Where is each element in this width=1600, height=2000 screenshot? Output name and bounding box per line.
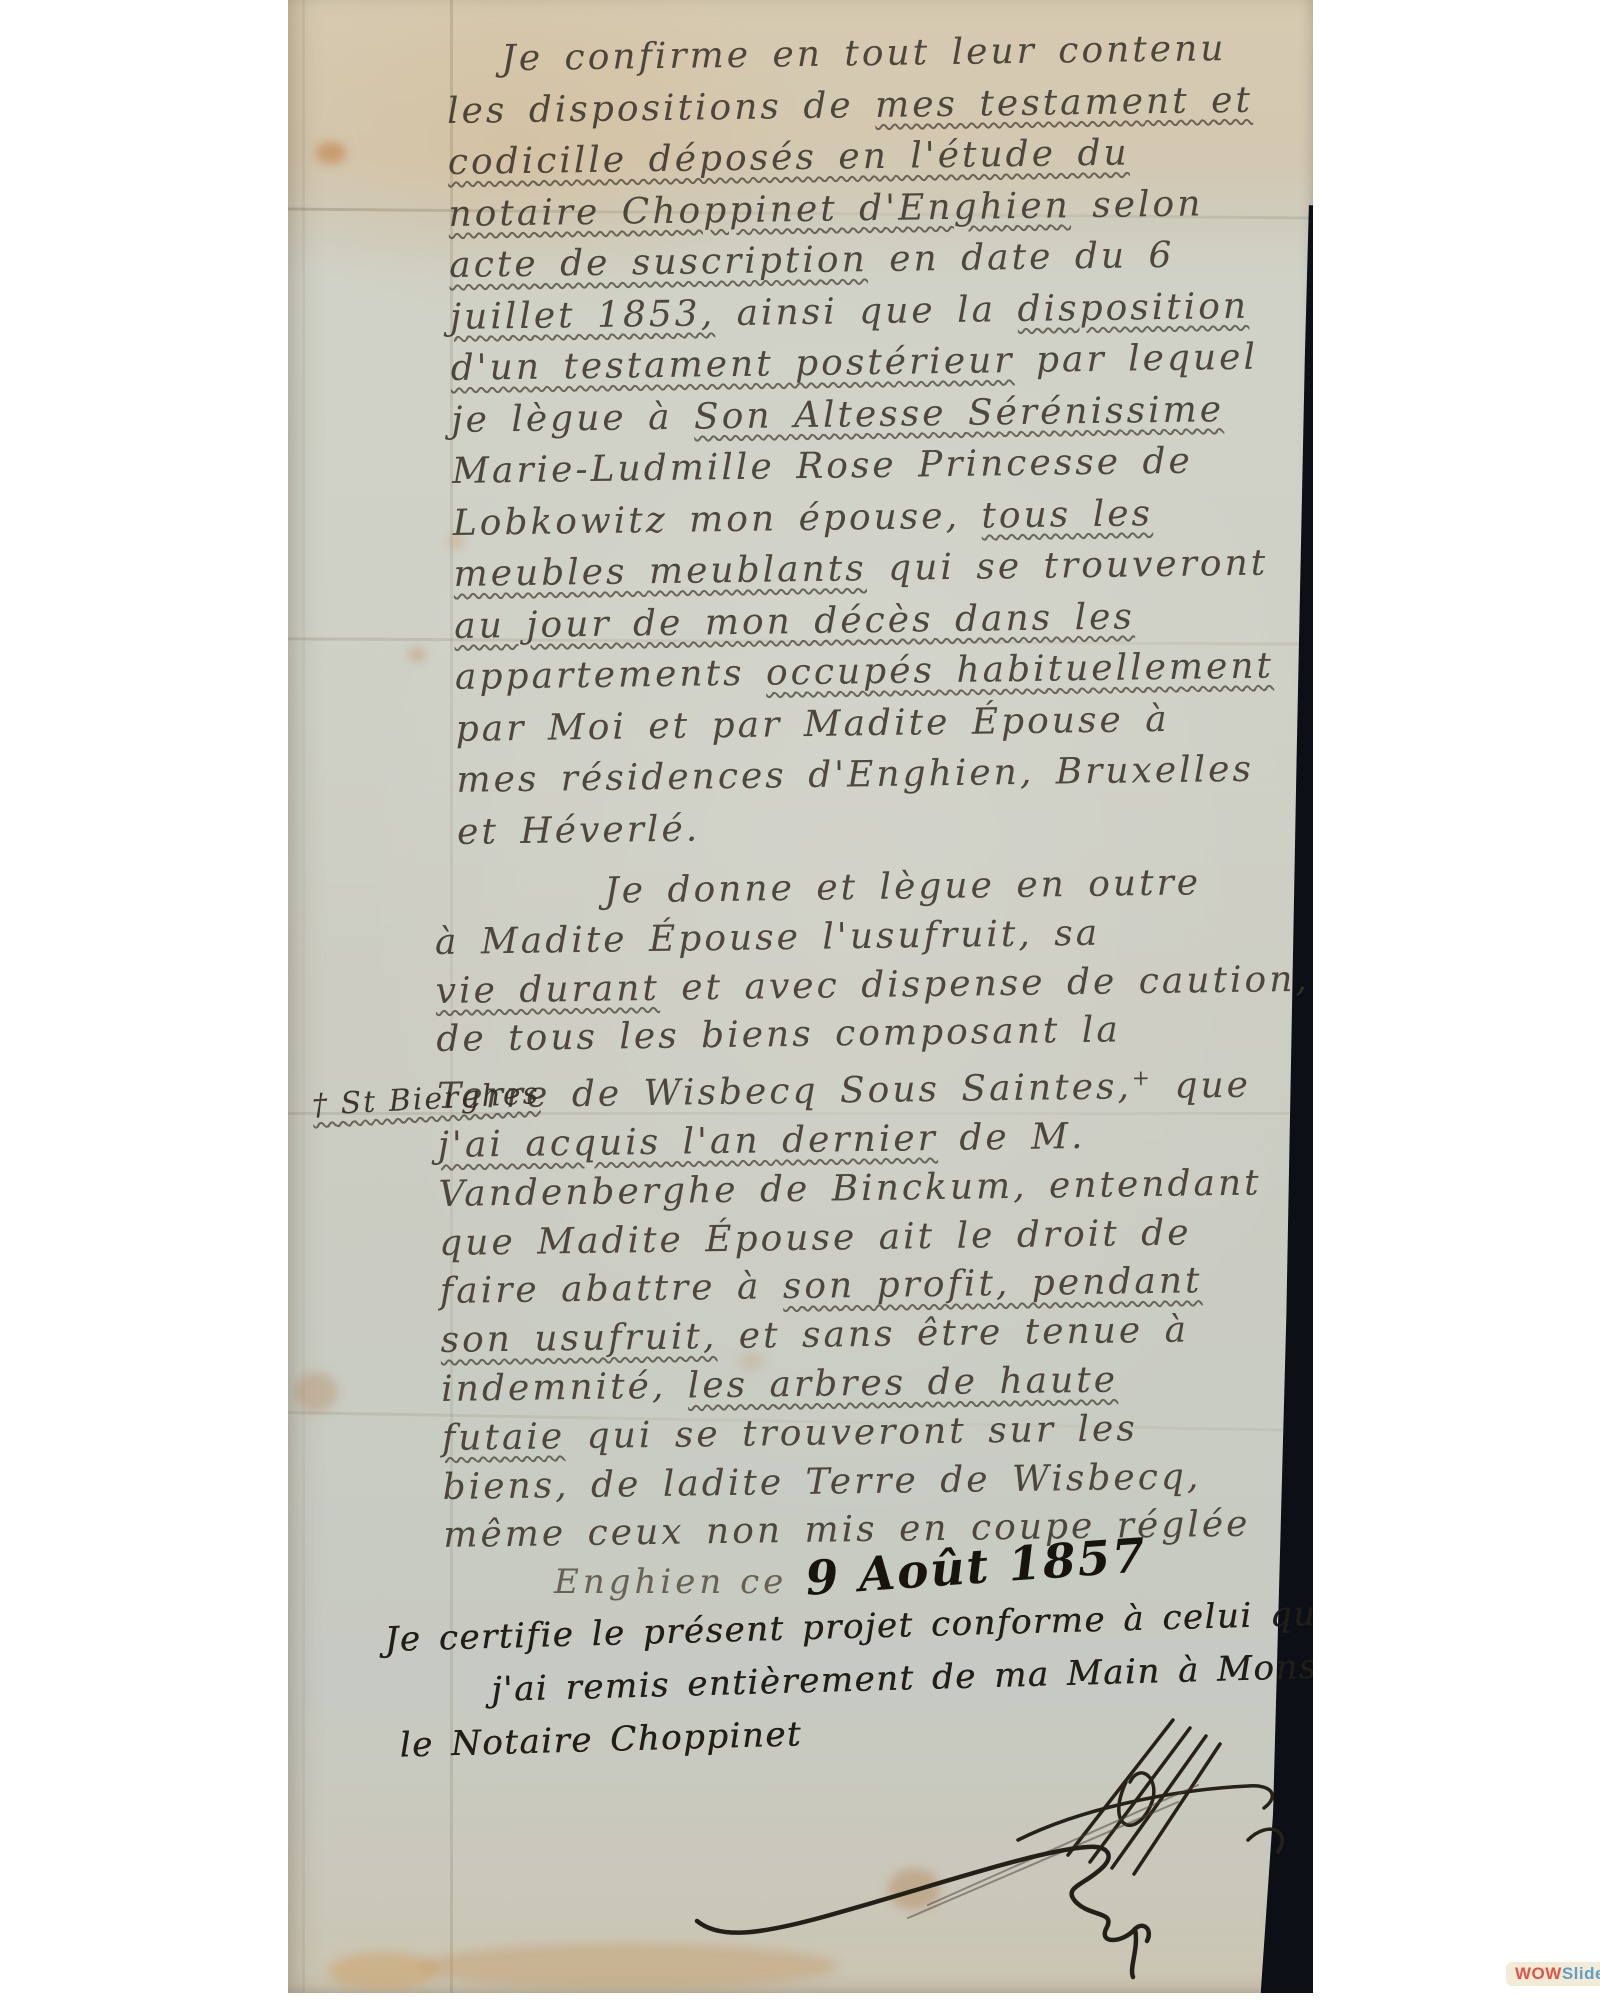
manuscript-text: et avec dispense de caution, [660,958,1311,1008]
manuscript-text: faire abattre à [440,1267,784,1313]
manuscript-text: acte de suscription [449,239,868,286]
manuscript-paragraph-1: Je confirme en tout leur contenules disp… [446,23,1276,858]
manuscript-text: Son Altesse Sérénissime [694,389,1225,437]
manuscript-text: Marie-Ludmille Rose Princesse de [452,441,1193,492]
manuscript-text: son profit, pendant [783,1261,1203,1308]
signature-paraph-icon [683,1825,1183,1980]
manuscript-text: ainsi que la [715,289,1018,334]
manuscript-text: futaie [442,1416,566,1459]
manuscript-paragraph-2: Je donne et lègue en outreà Madite Épous… [434,858,1313,1561]
manuscript-text: et sans être tenue à [717,1310,1189,1358]
stain [328,1952,438,1990]
dateline-place: Enghien ce [554,1562,787,1602]
manuscript-text: + [1132,1066,1153,1091]
manuscript-text: Vandenberghe de Binckum, entendant [438,1162,1262,1214]
manuscript-text: biens, de ladite Terre de Wisbecq, [442,1456,1201,1508]
manuscript-text: de M. [938,1116,1086,1159]
manuscript-text: d'un testament postérieur [450,340,1014,389]
wowslider-watermark[interactable]: WOWSlider [1506,1962,1600,1986]
watermark-wow-label: WOW [1515,1964,1562,1983]
manuscript-text: notaire Choppinet d'Enghien [448,185,1071,235]
manuscript-text: les dispositions de [447,85,876,132]
stain [294,1372,338,1412]
manuscript-text: son usufruit, [440,1316,717,1361]
manuscript-text: occupés habituellement [766,646,1275,694]
manuscript-text: je lègue à [451,396,694,440]
stain [316,142,346,164]
manuscript-text: indemnité, [441,1365,688,1409]
manuscript-text: par lequel [1014,337,1258,381]
manuscript-text: en date du 6 [867,235,1174,280]
manuscript-line: et Héverlé. [457,795,1277,858]
manuscript-text: Je donne et lègue en outre [604,862,1201,911]
manuscript-text: que [1153,1065,1252,1107]
manuscript-text: qui se trouveront sur les [565,1408,1138,1457]
manuscript-text: Terre de Wisbecq Sous Saintes, [437,1066,1132,1117]
manuscript-text: Je confirme en tout leur contenu [501,28,1227,79]
manuscript-text: Lobkowitz mon épouse, [453,495,982,543]
manuscript-text: de tous les biens composant la [436,1010,1121,1061]
manuscript-text: les arbres de haute [687,1359,1118,1406]
manuscript-text: mes résidences d'Enghien, Bruxelles [456,749,1254,801]
manuscript-text: j'ai acquis l'an dernier [438,1118,939,1166]
manuscript-text: qui se trouveront [866,543,1268,590]
page: Je confirme en tout leur contenules disp… [0,0,1600,2000]
manuscript-photo: Je confirme en tout leur contenules disp… [288,0,1313,1993]
manuscript-text: mes testament et [875,79,1253,125]
manuscript-text: appartements [455,653,767,698]
manuscript-text: et Héverlé. [457,808,701,852]
manuscript-text: à Madite Épouse l'usufruit, sa [435,913,1101,963]
manuscript-text: selon [1070,183,1203,226]
manuscript-text: vie durant [435,967,660,1011]
watermark-slider-label: Slider [1562,1964,1600,1983]
manuscript-text: par Moi et par Madite Épouse à [455,698,1170,749]
stain [408,648,426,661]
manuscript-text: que Madite Épouse ait le droit de [439,1212,1192,1264]
manuscript-text: meubles meublants [453,548,867,595]
manuscript-text: codicille déposés en l'étude du [448,132,1130,183]
manuscript-text: au jour de mon décès dans les [454,596,1135,646]
paper-edge-shadow [302,0,305,1993]
manuscript-text: disposition [1017,285,1249,329]
manuscript-text: tous les [981,493,1153,536]
manuscript-text: le Notaire Choppinet [399,1714,802,1765]
manuscript-text: juillet 1853, [450,293,716,338]
